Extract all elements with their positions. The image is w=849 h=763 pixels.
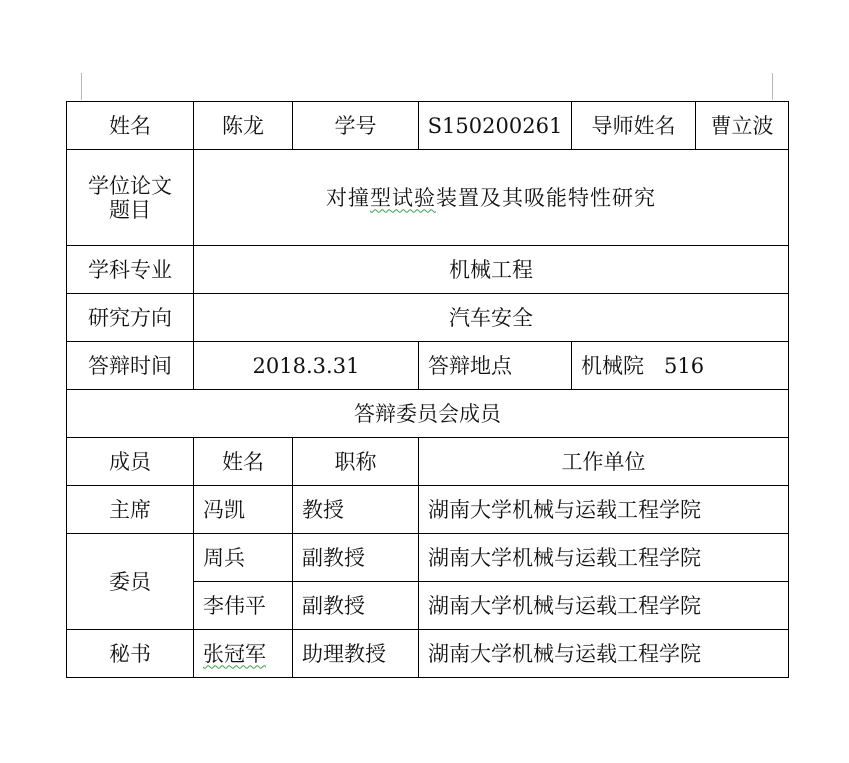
thesis-label-line2: 题目: [109, 198, 151, 222]
thesis-row: 学位论文题目 对撞型试验装置及其吸能特性研究: [67, 150, 789, 246]
defense-place-label: 答辩地点: [419, 342, 572, 390]
major-row: 学科专业 机械工程: [67, 246, 789, 294]
defense-time-label: 答辩时间: [67, 342, 194, 390]
committee-header-row: 成员 姓名 职称 工作单位: [67, 438, 789, 486]
major-value[interactable]: 机械工程: [194, 246, 789, 294]
committee-row-chair: 主席 冯凯 教授 湖南大学机械与运载工程学院: [67, 486, 789, 534]
page-margin-corner-left: [81, 73, 82, 100]
committee-row-secretary: 秘书 张冠军 助理教授 湖南大学机械与运载工程学院: [67, 630, 789, 678]
chair-name[interactable]: 冯凯: [194, 486, 293, 534]
member-title[interactable]: 副教授: [293, 582, 419, 630]
chair-role: 主席: [67, 486, 194, 534]
defense-row: 答辩时间 2018.3.31 答辩地点 机械院 516: [67, 342, 789, 390]
header-name: 姓名: [194, 438, 293, 486]
secretary-name[interactable]: 张冠军: [194, 630, 293, 678]
thesis-title-value[interactable]: 对撞型试验装置及其吸能特性研究: [194, 150, 789, 246]
defense-info-table: 姓名 陈龙 学号 S150200261 导师姓名 曹立波 学位论文题目 对撞型试…: [66, 101, 789, 678]
committee-section-title: 答辩委员会成员: [67, 390, 789, 438]
student-id-label: 学号: [293, 102, 419, 150]
research-direction-row: 研究方向 汽车安全: [67, 294, 789, 342]
defense-place-value[interactable]: 机械院 516: [572, 342, 789, 390]
secretary-unit[interactable]: 湖南大学机械与运载工程学院: [419, 630, 789, 678]
research-direction-label: 研究方向: [67, 294, 194, 342]
advisor-value[interactable]: 曹立波: [696, 102, 789, 150]
name-value[interactable]: 陈龙: [194, 102, 293, 150]
thesis-title-spellcheck-flag: 型试验: [370, 186, 436, 210]
members-role: 委员: [67, 534, 194, 630]
name-label: 姓名: [67, 102, 194, 150]
header-unit: 工作单位: [419, 438, 789, 486]
member-name[interactable]: 李伟平: [194, 582, 293, 630]
member-unit[interactable]: 湖南大学机械与运载工程学院: [419, 582, 789, 630]
committee-row-member-1: 委员 周兵 副教授 湖南大学机械与运载工程学院: [67, 534, 789, 582]
research-direction-value[interactable]: 汽车安全: [194, 294, 789, 342]
secretary-name-spellcheck-flag: 张冠军: [203, 642, 266, 666]
header-title: 职称: [293, 438, 419, 486]
committee-title-row: 答辩委员会成员: [67, 390, 789, 438]
member-title[interactable]: 副教授: [293, 534, 419, 582]
secretary-title[interactable]: 助理教授: [293, 630, 419, 678]
student-id-value[interactable]: S150200261: [419, 102, 572, 150]
chair-title[interactable]: 教授: [293, 486, 419, 534]
member-unit[interactable]: 湖南大学机械与运载工程学院: [419, 534, 789, 582]
page-margin-corner-right: [772, 73, 773, 100]
major-label: 学科专业: [67, 246, 194, 294]
thesis-title-part2: 装置及其吸能特性研究: [436, 186, 656, 210]
member-name[interactable]: 周兵: [194, 534, 293, 582]
secretary-role: 秘书: [67, 630, 194, 678]
student-row: 姓名 陈龙 学号 S150200261 导师姓名 曹立波: [67, 102, 789, 150]
advisor-label: 导师姓名: [572, 102, 696, 150]
header-role: 成员: [67, 438, 194, 486]
thesis-label-line1: 学位论文: [88, 174, 172, 198]
chair-unit[interactable]: 湖南大学机械与运载工程学院: [419, 486, 789, 534]
defense-time-value[interactable]: 2018.3.31: [194, 342, 419, 390]
thesis-title-label: 学位论文题目: [67, 150, 194, 246]
thesis-title-part1: 对撞: [326, 186, 370, 210]
